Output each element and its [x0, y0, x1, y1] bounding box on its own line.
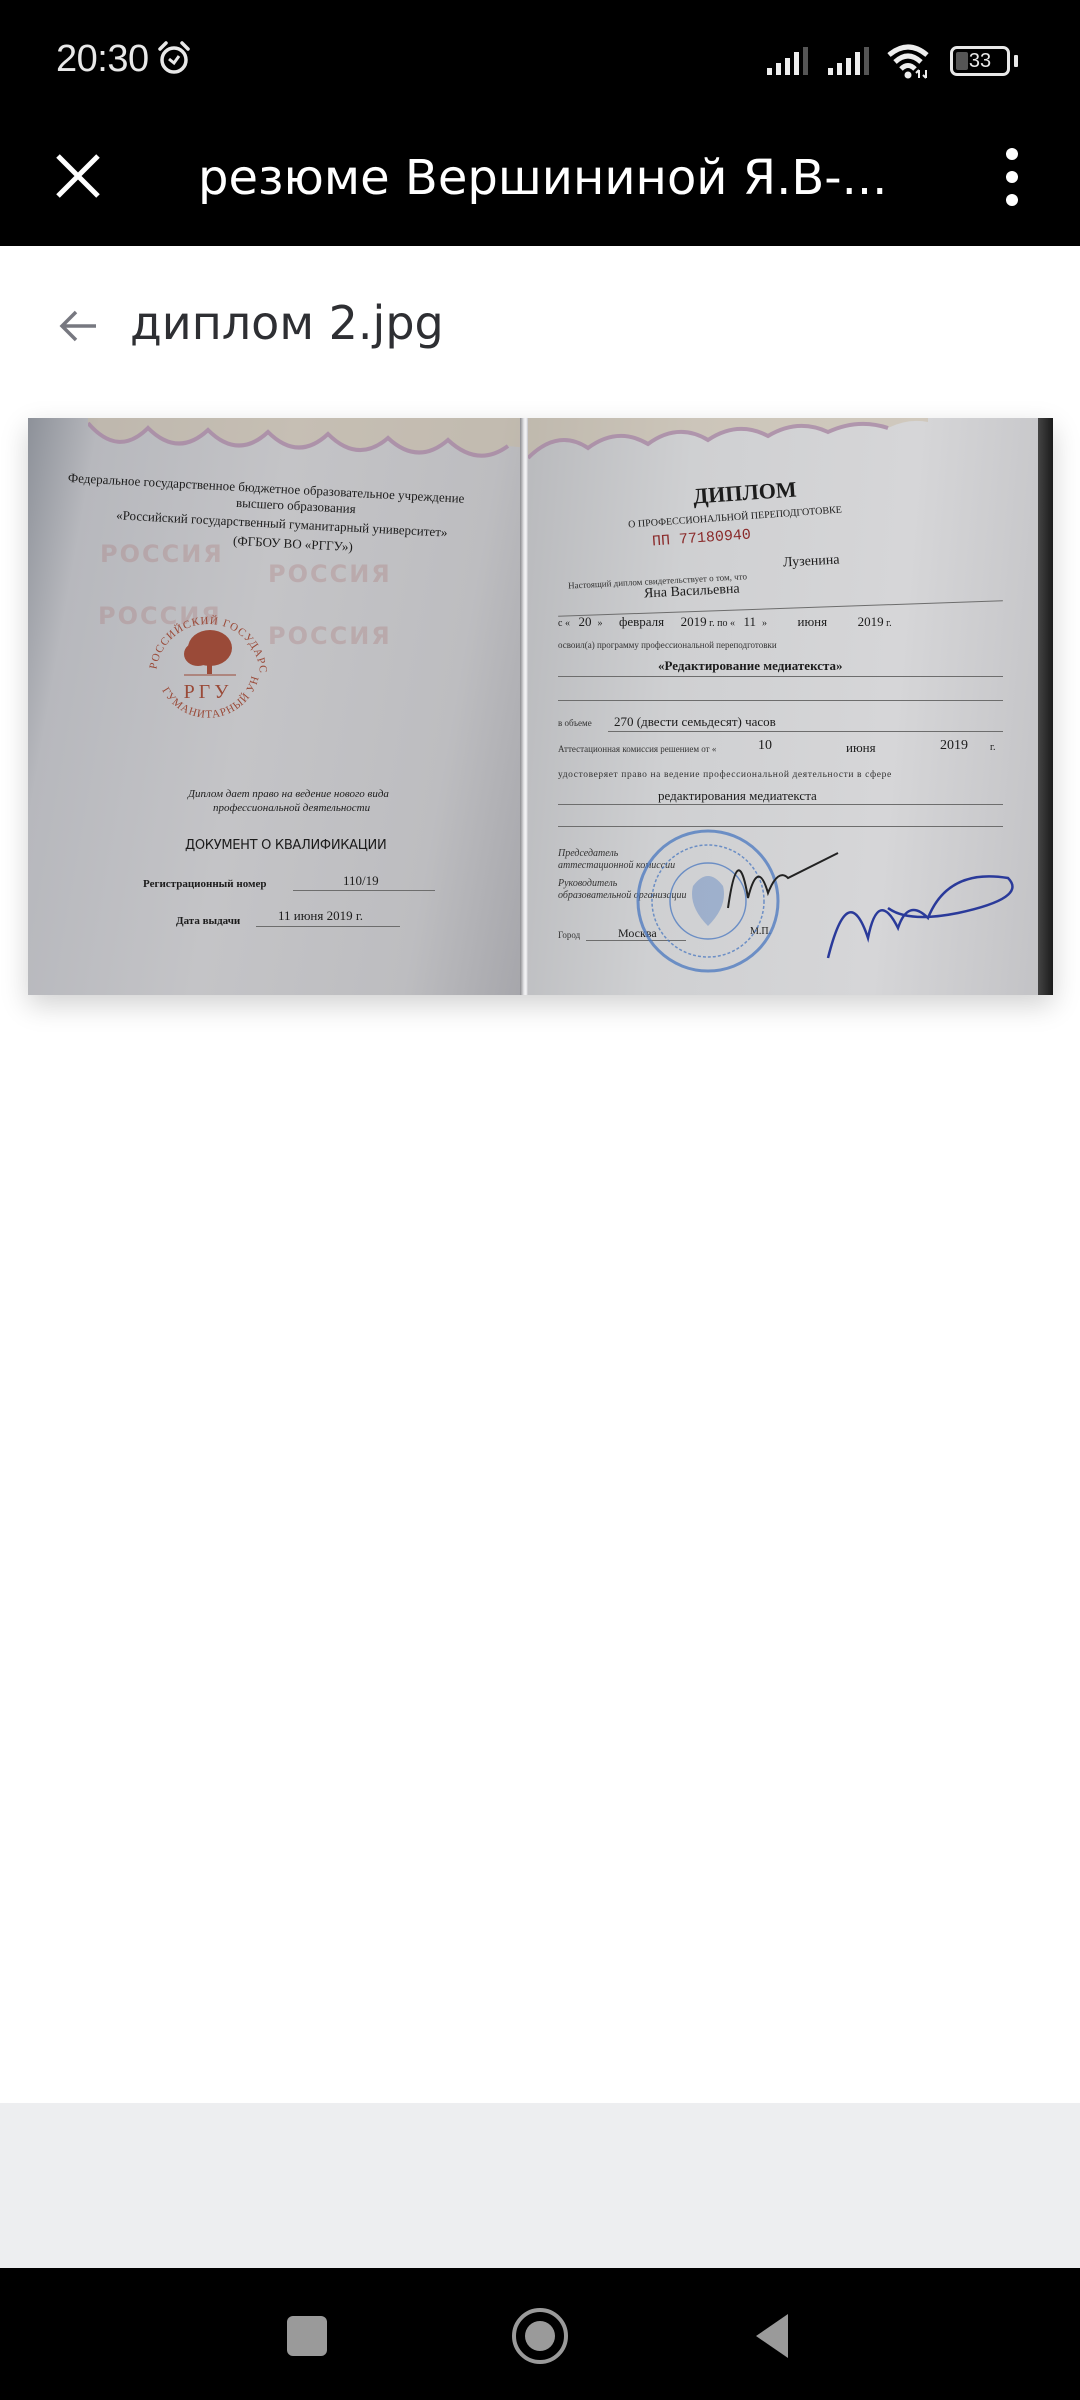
program-name: «Редактирование медиатекста» — [658, 658, 843, 674]
battery-icon: 33 — [950, 46, 1010, 76]
app-bar: резюме Вершининой Я.В-... — [0, 120, 1080, 246]
arrow-left-icon[interactable] — [56, 306, 106, 346]
entitles-label: удостоверяет право на ведение профессион… — [558, 770, 892, 780]
chair-label-1: Председатель — [558, 848, 618, 859]
file-name: диплом 2.jpg — [130, 296, 444, 350]
back-icon[interactable] — [752, 2312, 792, 2360]
file-header: диплом 2.jpg — [0, 246, 1080, 406]
footer-area — [0, 2103, 1080, 2268]
commission-day: 10 — [758, 738, 772, 754]
navigation-bar — [0, 2268, 1080, 2400]
rights-line-2: профессиональной деятельности — [213, 802, 370, 814]
diploma-heading: ДИПЛОМ — [692, 476, 797, 509]
field-value: редактирования медиатекста — [658, 788, 817, 804]
university-emblem: РОССИЙСКИЙ ГОСУДАРСТВЕННЫЙ ГУМАНИТАРНЫЙ … — [138, 598, 278, 738]
diploma-serial: ПП 77180940 — [652, 527, 752, 551]
city-label: Город — [558, 930, 580, 940]
issue-date-value: 11 июня 2019 г. — [278, 908, 363, 924]
svg-text:РГУ: РГУ — [184, 681, 233, 703]
year-suffix: г. — [990, 742, 995, 753]
volume-label: в объеме — [558, 718, 592, 728]
rights-line-1: Диплом дает право на ведение нового вида — [188, 788, 389, 800]
from-date: с « 20» февраля 2019 г. по « 11» июня 20… — [558, 614, 892, 630]
holder-surname: Лузенина — [783, 553, 840, 572]
home-icon[interactable] — [512, 2308, 568, 2364]
doc-type: ДОКУМЕНТ О КВАЛИФИКАЦИИ — [185, 838, 386, 853]
diploma-image[interactable]: Федеральное государственное бюджетное об… — [28, 418, 1053, 995]
reg-number-label: Регистрационный номер — [143, 878, 266, 890]
alarm-icon — [156, 40, 192, 76]
recent-apps-icon[interactable] — [287, 2316, 327, 2356]
more-options-button[interactable] — [990, 142, 1034, 212]
diploma-left-page: Федеральное государственное бюджетное об… — [28, 418, 522, 995]
watermark-text: РОССИЯ — [100, 540, 224, 568]
signal-icon — [765, 46, 815, 76]
diploma-subheading: О ПРОФЕССИОНАЛЬНОЙ ПЕРЕПОДГОТОВКЕ — [628, 505, 842, 531]
reg-number-value: 110/19 — [343, 873, 379, 889]
diploma-right-page: ДИПЛОМ О ПРОФЕССИОНАЛЬНОЙ ПЕРЕПОДГОТОВКЕ… — [528, 418, 1038, 995]
more-vertical-icon — [1006, 148, 1018, 160]
watermark-text: РОССИЯ — [268, 622, 392, 650]
signal-icon — [826, 46, 876, 76]
commission-year: 2019 — [940, 738, 968, 754]
signatures — [708, 838, 1028, 978]
document-title: резюме Вершининой Я.В-... — [198, 142, 938, 214]
program-label: освоил(а) программу профессиональной пер… — [558, 640, 777, 650]
wifi-icon — [886, 42, 934, 80]
head-label-1: Руководитель — [558, 878, 617, 889]
status-bar: 20:30 33 — [0, 0, 1080, 120]
institution-line-4: (ФГБОУ ВО «РГГУ») — [233, 533, 354, 555]
status-time: 20:30 — [56, 38, 149, 81]
commission-month: июня — [846, 740, 876, 756]
close-icon[interactable] — [48, 146, 108, 206]
volume-value: 270 (двести семьдесят) часов — [614, 714, 776, 730]
commission-label: Аттестационная комиссия решением от « — [558, 744, 716, 754]
watermark-text: РОССИЯ — [268, 560, 392, 588]
issue-date-label: Дата выдачи — [176, 915, 240, 927]
battery-level: 33 — [953, 49, 1007, 73]
